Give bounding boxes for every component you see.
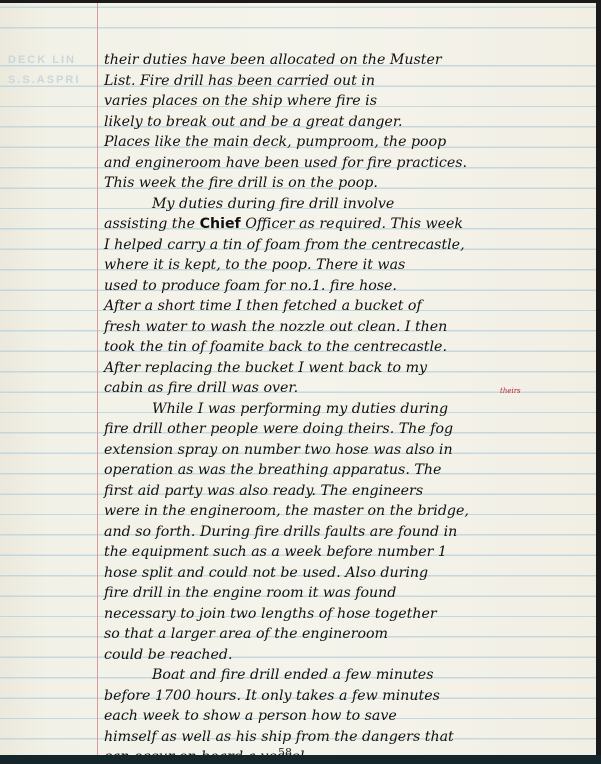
text-segment: assisting the <box>104 216 200 232</box>
text-line: each week to show a person how to save <box>104 706 596 727</box>
page-number: 58 <box>278 746 292 755</box>
text-line: could be reached. <box>104 645 596 666</box>
text-line: varies places on the ship where fire is <box>104 91 596 112</box>
text-line: took the tin of foamite back to the cent… <box>104 337 596 358</box>
red-margin-line <box>97 3 98 755</box>
text-line: himself as well as his ship from the dan… <box>104 727 596 748</box>
text-line: fire drill in the engine room it was fou… <box>104 583 596 604</box>
text-line: Boat and fire drill ended a few minutes <box>104 665 596 686</box>
text-line: operation as was the breathing apparatus… <box>104 460 596 481</box>
page-bottom-edge <box>0 755 601 764</box>
emphasized-word: Chief <box>200 216 241 232</box>
red-correction-note: theirs <box>500 387 521 395</box>
text-line: where it is kept, to the poop. There it … <box>104 255 596 276</box>
text-line: first aid party was also ready. The engi… <box>104 481 596 502</box>
text-line: likely to break out and be a great dange… <box>104 112 596 133</box>
text-line: the equipment such as a week before numb… <box>104 542 596 563</box>
text-line: hose split and could not be used. Also d… <box>104 563 596 584</box>
text-line: necessary to join two lengths of hose to… <box>104 604 596 625</box>
text-line: List. Fire drill has been carried out in <box>104 71 596 92</box>
text-line: their duties have been allocated on the … <box>104 50 596 71</box>
notebook-page: DECK LIN S.S.ASPRI their duties have bee… <box>0 3 596 755</box>
text-line: While I was performing my duties during <box>104 399 596 420</box>
text-line: used to produce foam for no.1. fire hose… <box>104 276 596 297</box>
text-line: and engineroom have been used for fire p… <box>104 153 596 174</box>
text-line: Places like the main deck, pumproom, the… <box>104 132 596 153</box>
text-line: extension spray on number two hose was a… <box>104 440 596 461</box>
ghost-line: S.S.ASPRI <box>8 70 80 90</box>
text-line: fresh water to wash the nozzle out clean… <box>104 317 596 338</box>
text-segment: Officer as required. This week <box>241 216 463 232</box>
text-line: and so forth. During fire drills faults … <box>104 522 596 543</box>
text-line: were in the engineroom, the master on th… <box>104 501 596 522</box>
text-line: After replacing the bucket I went back t… <box>104 358 596 379</box>
text-line: cabin as fire drill was over. <box>104 378 596 399</box>
text-line: can occur on board a vessel. <box>104 747 596 755</box>
text-line: This week the fire drill is on the poop. <box>104 173 596 194</box>
ghost-line: DECK LIN <box>8 50 80 70</box>
text-line: so that a larger area of the engineroom <box>104 624 596 645</box>
text-line: My duties during fire drill involve <box>104 194 596 215</box>
handwritten-text: their duties have been allocated on the … <box>104 50 596 755</box>
bleed-through-text: DECK LIN S.S.ASPRI <box>8 50 80 90</box>
text-line: fire drill other people were doing their… <box>104 419 596 440</box>
text-line: assisting the Chief Officer as required.… <box>104 214 596 235</box>
text-line: before 1700 hours. It only takes a few m… <box>104 686 596 707</box>
text-line: I helped carry a tin of foam from the ce… <box>104 235 596 256</box>
text-line: After a short time I then fetched a buck… <box>104 296 596 317</box>
